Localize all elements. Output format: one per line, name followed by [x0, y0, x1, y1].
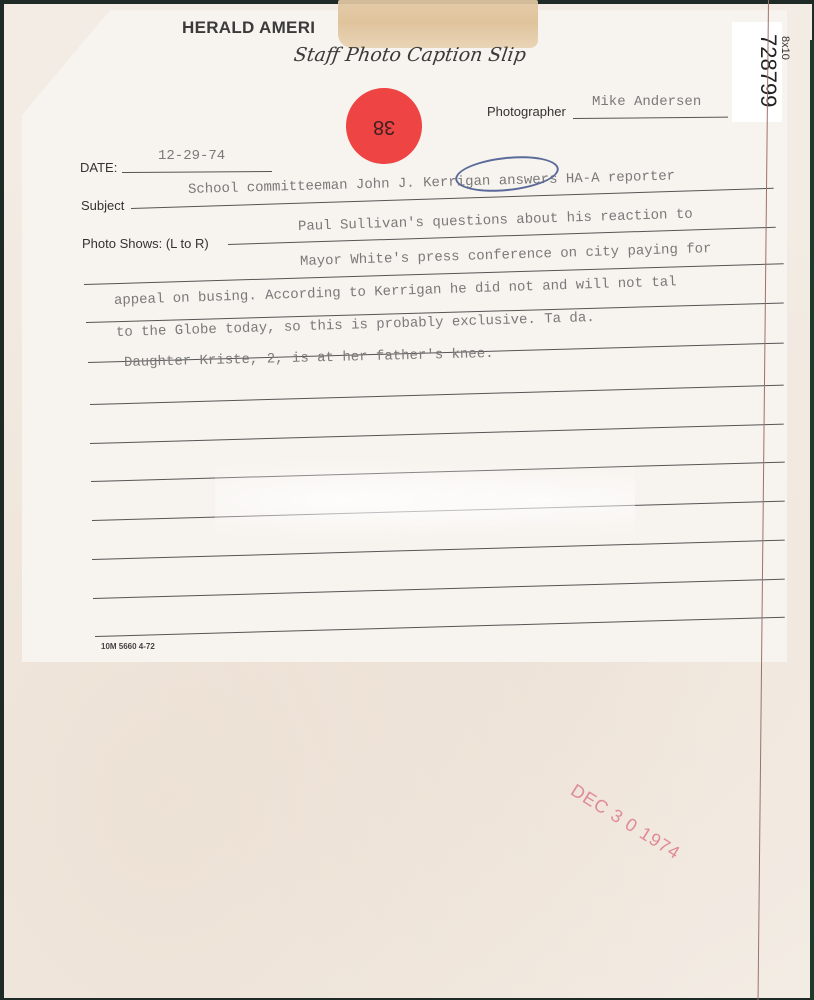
slip-title: Staff Photo Caption Slip [292, 44, 527, 66]
subject-label: Subject [81, 198, 124, 213]
red-dot-number: 38 [373, 115, 395, 138]
photo-shows-label: Photo Shows: (L to R) [82, 236, 209, 251]
tape-strip [338, 0, 538, 48]
masthead: HERALD AMERI [182, 18, 315, 38]
form-code: 10M 5660 4-72 [101, 642, 155, 651]
photographer-value: Mike Andersen [592, 94, 701, 110]
date-label: DATE: [80, 160, 117, 175]
paper-stain [215, 450, 635, 550]
date-value: 12-29-74 [158, 148, 225, 164]
archive-tag-size: 8x10 [779, 36, 791, 60]
red-dot-sticker: 38 [346, 88, 422, 164]
background-edge [810, 40, 814, 1000]
photographer-label: Photographer [487, 104, 566, 119]
